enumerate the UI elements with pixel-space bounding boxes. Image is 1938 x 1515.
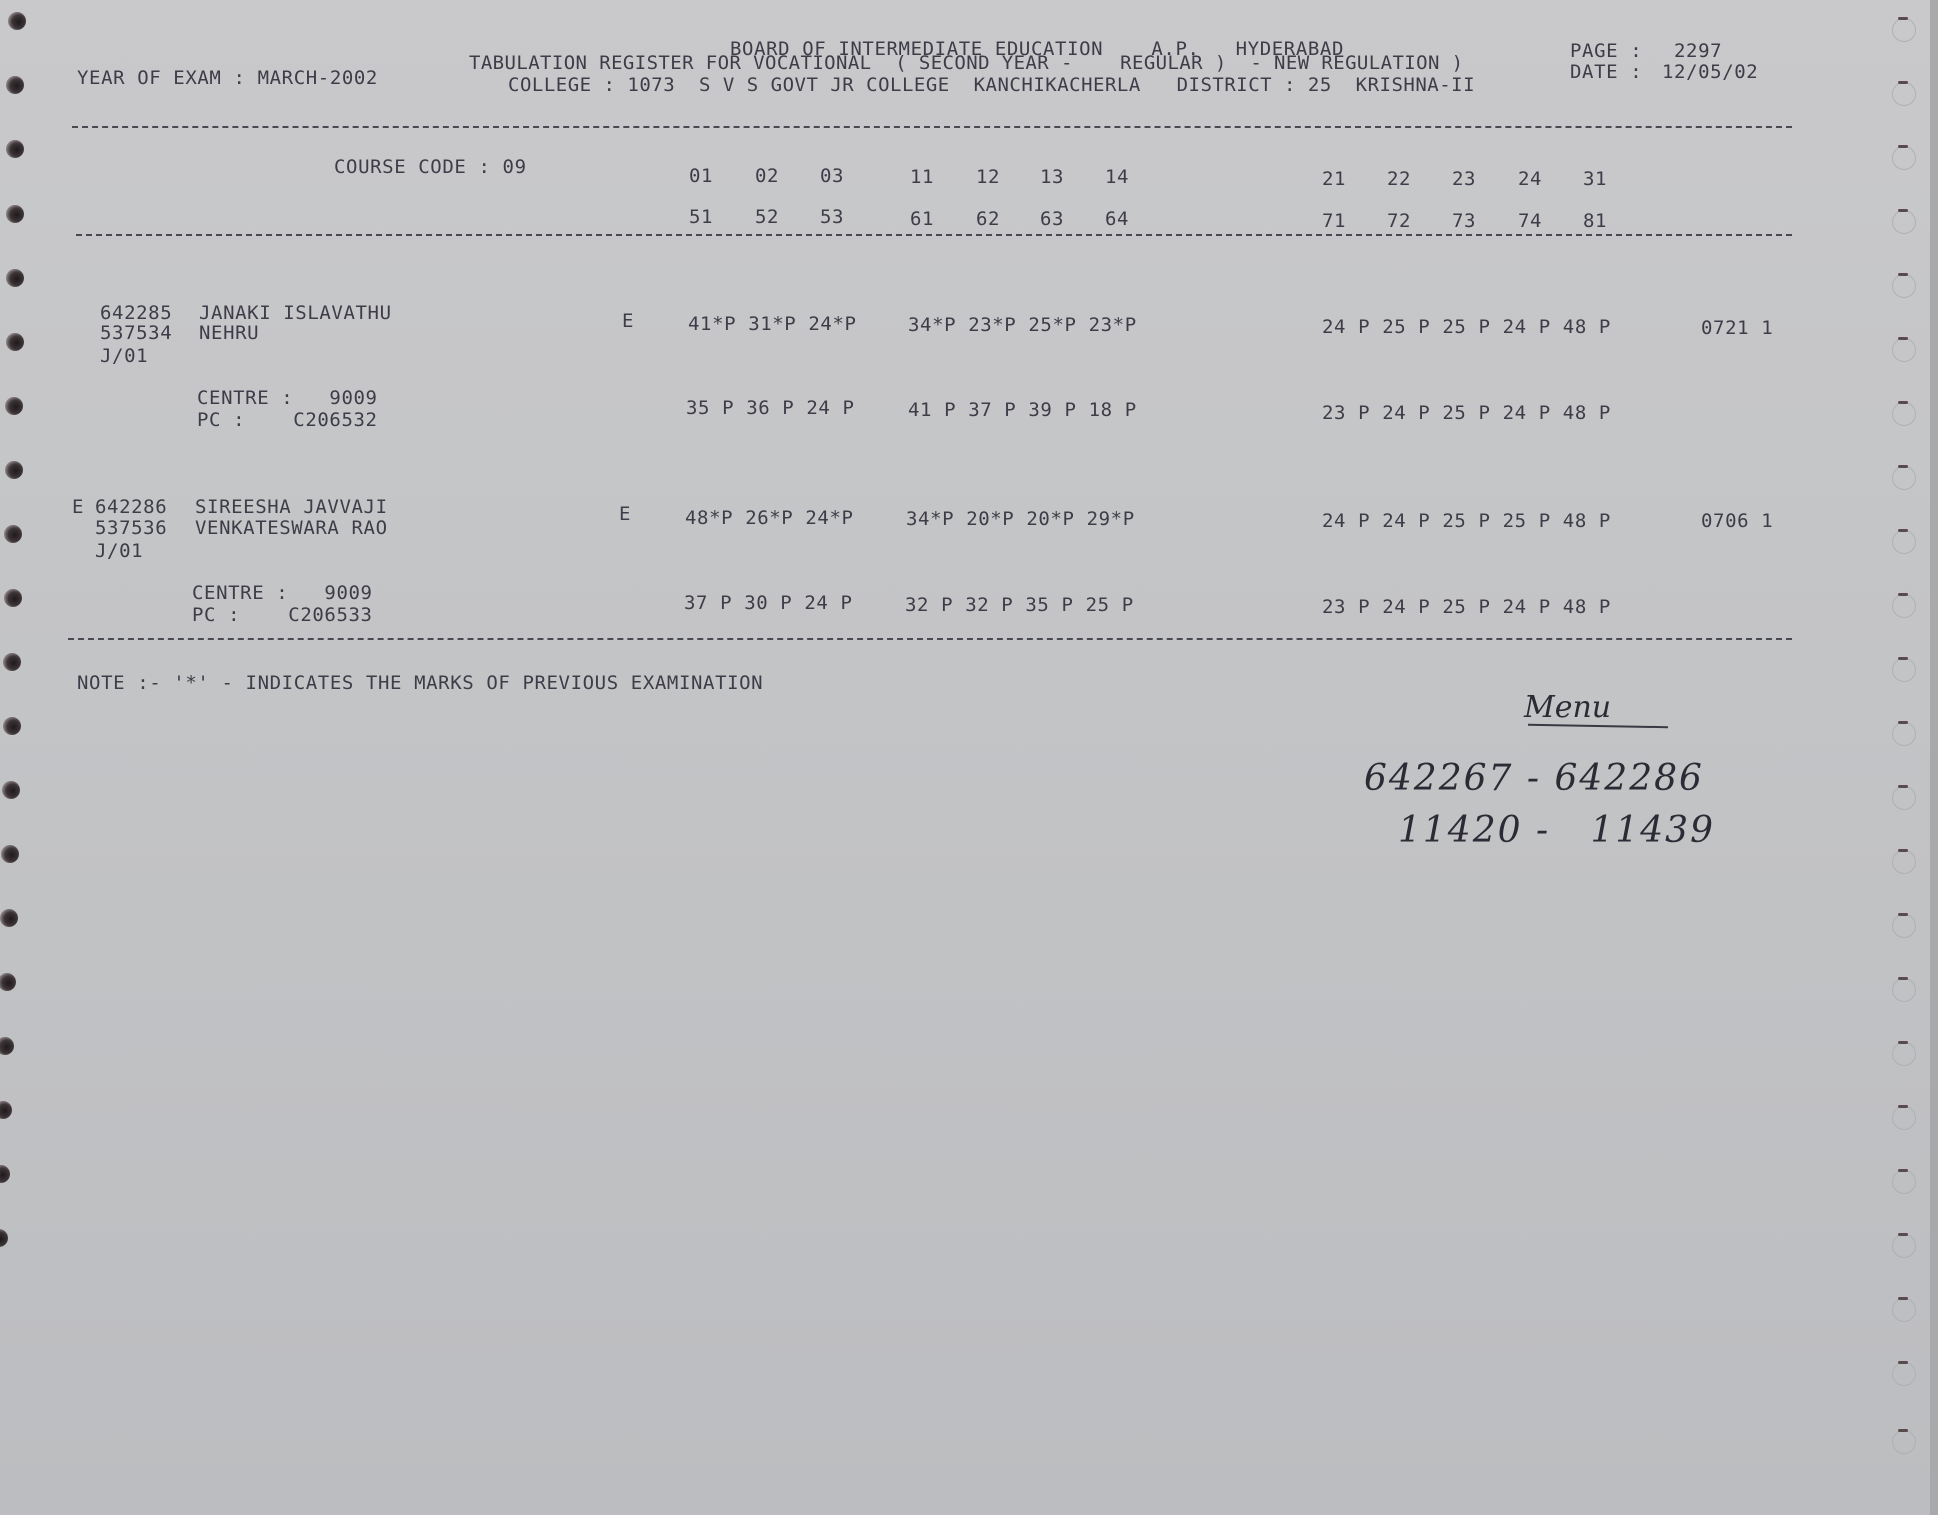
- group-code: J/01: [100, 345, 148, 367]
- subject-code: 51: [689, 206, 713, 228]
- subject-code: 53: [820, 206, 844, 228]
- registration-number: 537536: [95, 517, 167, 539]
- perforation-hole: [0, 909, 18, 927]
- subject-code: 23: [1452, 168, 1476, 190]
- subject-code: 63: [1040, 208, 1064, 230]
- perforation-hole: [0, 973, 16, 991]
- marks-second-year-a: 35 P 36 P 24 P: [686, 397, 855, 419]
- register-title: TABULATION REGISTER FOR VOCATIONAL ( SEC…: [469, 52, 1463, 74]
- scanned-register-page: BOARD OF INTERMEDIATE EDUCATION A.P. HYD…: [0, 0, 1938, 1515]
- divider: [76, 234, 1792, 236]
- perforation-hole: [1892, 594, 1916, 618]
- marks-second-year-a: 37 P 30 P 24 P: [684, 592, 853, 614]
- page-label: PAGE :: [1570, 40, 1642, 62]
- group-code: J/01: [95, 540, 143, 562]
- perforation-hole: [6, 205, 24, 223]
- footnote: NOTE :- '*' - INDICATES THE MARKS OF PRE…: [77, 672, 763, 694]
- perforation-hole: [1, 845, 19, 863]
- course-code-label: COURSE CODE : 09: [334, 156, 527, 178]
- perforation-hole: [3, 717, 21, 735]
- perforation-hole: [1892, 402, 1916, 426]
- subject-code: 71: [1322, 210, 1346, 232]
- pc-number: PC : C206533: [192, 604, 373, 626]
- medium: E: [619, 503, 631, 525]
- marks-second-year-c: 23 P 24 P 25 P 24 P 48 P: [1322, 596, 1611, 618]
- marks-second-year-b: 32 P 32 P 35 P 25 P: [905, 594, 1134, 616]
- subject-code: 11: [910, 166, 934, 188]
- perforation-hole: [0, 1165, 10, 1183]
- perforation-hole: [1892, 658, 1916, 682]
- perforation-hole: [1892, 146, 1916, 170]
- perforation-hole: [1892, 210, 1916, 234]
- perforation-hole: [1892, 82, 1916, 106]
- centre: CENTRE : 9009: [197, 387, 378, 409]
- record-flag: E: [72, 496, 84, 518]
- subject-code: 02: [755, 165, 779, 187]
- perforation-hole: [1892, 466, 1916, 490]
- perforation-hole: [1892, 18, 1916, 42]
- perforation-hole: [1892, 1430, 1916, 1454]
- signature-underline: [1528, 724, 1668, 728]
- year-of-exam: YEAR OF EXAM : MARCH-2002: [77, 67, 378, 89]
- divider: [72, 126, 1792, 128]
- subject-code: 01: [689, 165, 713, 187]
- father-name: VENKATESWARA RAO: [195, 517, 388, 539]
- perforation-hole: [0, 1101, 12, 1119]
- perforation-hole: [8, 12, 26, 30]
- father-name: NEHRU: [199, 322, 259, 344]
- page-number: 2297: [1674, 40, 1722, 62]
- subject-code: 64: [1105, 208, 1129, 230]
- marks-first-year-b: 34*P 23*P 25*P 23*P: [908, 314, 1137, 336]
- perforation-hole: [4, 525, 22, 543]
- subject-code: 14: [1105, 166, 1129, 188]
- hall-ticket-number: 642285: [100, 302, 172, 324]
- perforation-hole: [1892, 530, 1916, 554]
- marks-first-year-a: 48*P 26*P 24*P: [685, 507, 854, 529]
- subject-code: 22: [1387, 168, 1411, 190]
- perforation-hole: [0, 1037, 14, 1055]
- marks-second-year-c: 23 P 24 P 25 P 24 P 48 P: [1322, 402, 1611, 424]
- perforation-hole: [1892, 1362, 1916, 1386]
- subject-code: 62: [976, 208, 1000, 230]
- subject-code: 74: [1518, 210, 1542, 232]
- report-date: 12/05/02: [1662, 61, 1758, 83]
- subject-code: 13: [1040, 166, 1064, 188]
- subject-code: 21: [1322, 168, 1346, 190]
- perforation-hole: [2, 781, 20, 799]
- date-label: DATE :: [1570, 61, 1642, 83]
- perforation-hole: [1892, 722, 1916, 746]
- subject-code: 24: [1518, 168, 1542, 190]
- marks-first-year-b: 34*P 20*P 20*P 29*P: [906, 508, 1135, 530]
- marks-first-year-c: 24 P 25 P 25 P 24 P 48 P: [1322, 316, 1611, 338]
- registration-number: 537534: [100, 322, 172, 344]
- perforation-hole: [1892, 786, 1916, 810]
- perforation-hole: [4, 589, 22, 607]
- hall-ticket-number: 642286: [95, 496, 167, 518]
- perforation-hole: [6, 333, 24, 351]
- perforation-hole: [1892, 850, 1916, 874]
- perforation-hole: [1892, 274, 1916, 298]
- student-name: JANAKI ISLAVATHU: [199, 302, 392, 324]
- centre: CENTRE : 9009: [192, 582, 373, 604]
- perforation-hole: [6, 140, 24, 158]
- marks-first-year-c: 24 P 24 P 25 P 25 P 48 P: [1322, 510, 1611, 532]
- subject-code: 52: [755, 206, 779, 228]
- serial-range: 11420 - 11439: [1398, 810, 1715, 851]
- subject-code: 61: [910, 208, 934, 230]
- perforation-hole: [1892, 1298, 1916, 1322]
- divider: [68, 638, 1792, 640]
- subject-code: 81: [1583, 210, 1607, 232]
- perforation-hole: [1892, 1106, 1916, 1130]
- total-marks: 0706 1: [1701, 510, 1773, 532]
- subject-code: 31: [1583, 168, 1607, 190]
- subject-code: 03: [820, 165, 844, 187]
- subject-code: 72: [1387, 210, 1411, 232]
- total-marks: 0721 1: [1701, 317, 1773, 339]
- marks-first-year-a: 41*P 31*P 24*P: [688, 313, 857, 335]
- medium: E: [622, 310, 634, 332]
- subject-code: 73: [1452, 210, 1476, 232]
- signature: Menu: [1524, 690, 1611, 725]
- perforation-hole: [1892, 978, 1916, 1002]
- hall-ticket-range: 642267 - 642286: [1364, 758, 1704, 799]
- student-name: SIREESHA JAVVAJI: [195, 496, 388, 518]
- pc-number: PC : C206532: [197, 409, 378, 431]
- perforation-hole: [3, 653, 21, 671]
- subject-code: 12: [976, 166, 1000, 188]
- college-line: COLLEGE : 1073 S V S GOVT JR COLLEGE KAN…: [508, 74, 1475, 96]
- page-edge: [1930, 0, 1938, 1515]
- perforation-hole: [1892, 1170, 1916, 1194]
- perforation-hole: [1892, 1042, 1916, 1066]
- perforation-hole: [6, 76, 24, 94]
- perforation-hole: [1892, 338, 1916, 362]
- perforation-hole: [1892, 1234, 1916, 1258]
- perforation-hole: [0, 1229, 8, 1247]
- perforation-hole: [1892, 914, 1916, 938]
- perforation-hole: [6, 269, 24, 287]
- perforation-hole: [5, 461, 23, 479]
- marks-second-year-b: 41 P 37 P 39 P 18 P: [908, 399, 1137, 421]
- perforation-hole: [5, 397, 23, 415]
